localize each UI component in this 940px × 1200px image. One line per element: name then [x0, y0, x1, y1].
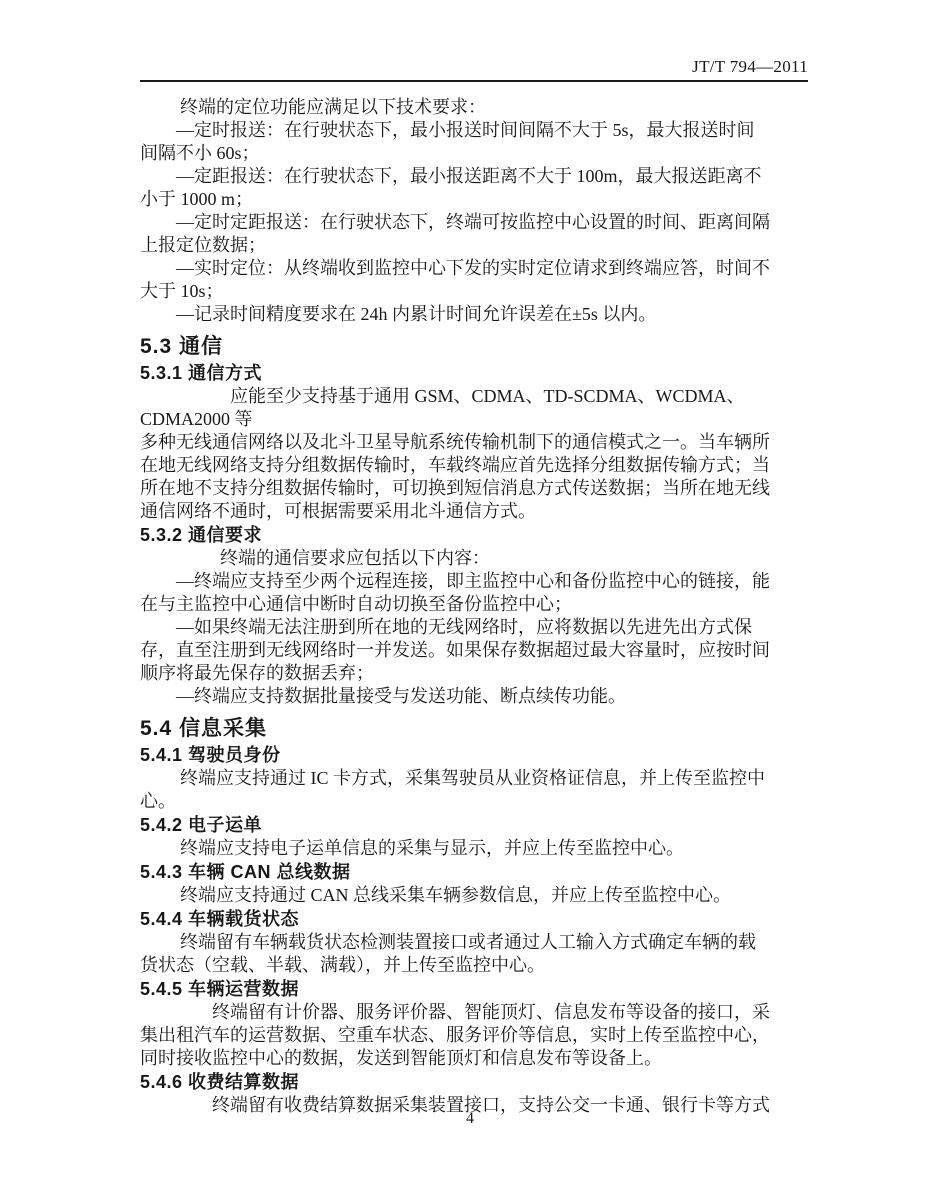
page-header: JT/T 794—2011 [140, 0, 808, 77]
positioning-item-timed-report: —定时报送：在行驶状态下，最小报送时间间隔不大于 5s，最大报送时间 间隔不小 … [140, 119, 808, 165]
page-margins: JT/T 794—2011 终端的定位功能应满足以下技术要求： —定时报送：在行… [140, 0, 808, 1117]
section-5-3-2-heading: 5.3.2 通信要求 [140, 524, 808, 547]
clause-5-4-4-body: 终端留有车辆载货状态检测装置接口或者通过人工输入方式确定车辆的载 货状态（空载、… [140, 931, 808, 977]
document-content: 终端的定位功能应满足以下技术要求： —定时报送：在行驶状态下，最小报送时间间隔不… [140, 82, 808, 1117]
page-number: 4 [466, 1110, 474, 1127]
clause-5-4-2-body: 终端应支持电子运单信息的采集与显示，并应上传至监控中心。 [140, 837, 808, 860]
clause-5-4-5-body: 终端留有计价器、服务评价器、智能顶灯、信息发布等设备的接口，采 集出租汽车的运营… [140, 1001, 808, 1070]
comm-item-batch-transfer: —终端应支持数据批量接受与发送功能、断点续传功能。 [140, 685, 808, 708]
clause-5-3-2-intro: 终端的通信要求应包括以下内容： [140, 547, 808, 570]
clause-5-4-1-body: 终端应支持通过 IC 卡方式，采集驾驶员从业资格证信息，并上传至监控中 心。 [140, 767, 808, 813]
positioning-item-timed-distance-report: —定时定距报送：在行驶状态下，终端可按监控中心设置的时间、距离间隔 上报定位数据… [140, 211, 808, 257]
section-5-4-heading: 5.4 信息采集 [140, 716, 808, 742]
clause-5-4-3-body: 终端应支持通过 CAN 总线采集车辆参数信息，并应上传至监控中心。 [140, 884, 808, 907]
section-5-4-3-heading: 5.4.3 车辆 CAN 总线数据 [140, 861, 808, 884]
section-5-3-heading: 5.3 通信 [140, 334, 808, 360]
section-5-4-1-heading: 5.4.1 驾驶员身份 [140, 744, 808, 767]
section-5-4-4-heading: 5.4.4 车辆载货状态 [140, 908, 808, 931]
positioning-item-time-accuracy: —记录时间精度要求在 24h 内累计时间允许误差在±5s 以内。 [140, 303, 808, 326]
section-5-4-5-heading: 5.4.5 车辆运营数据 [140, 978, 808, 1001]
comm-item-dual-link: —终端应支持至少两个远程连接，即主监控中心和备份监控中心的链接，能 在与主监控中… [140, 570, 808, 616]
comm-item-store-forward: —如果终端无法注册到所在地的无线网络时，应将数据以先进先出方式保 存，直至注册到… [140, 616, 808, 685]
section-5-4-6-heading: 5.4.6 收费结算数据 [140, 1071, 808, 1094]
positioning-requirements-intro: 终端的定位功能应满足以下技术要求： [140, 96, 808, 119]
positioning-item-distance-report: —定距报送：在行驶状态下，最小报送距离不大于 100m，最大报送距离不 小于 1… [140, 165, 808, 211]
section-5-3-1-heading: 5.3.1 通信方式 [140, 362, 808, 385]
standard-number: JT/T 794—2011 [692, 57, 808, 76]
page-footer: 4 [0, 1110, 940, 1128]
document-page: JT/T 794—2011 终端的定位功能应满足以下技术要求： —定时报送：在行… [0, 0, 940, 1200]
section-5-4-2-heading: 5.4.2 电子运单 [140, 814, 808, 837]
positioning-item-realtime: —实时定位：从终端收到监控中心下发的实时定位请求到终端应答，时间不 大于 10s… [140, 257, 808, 303]
clause-5-3-1-body: 应能至少支持基于通用 GSM、CDMA、TD-SCDMA、WCDMA、CDMA2… [140, 385, 808, 523]
